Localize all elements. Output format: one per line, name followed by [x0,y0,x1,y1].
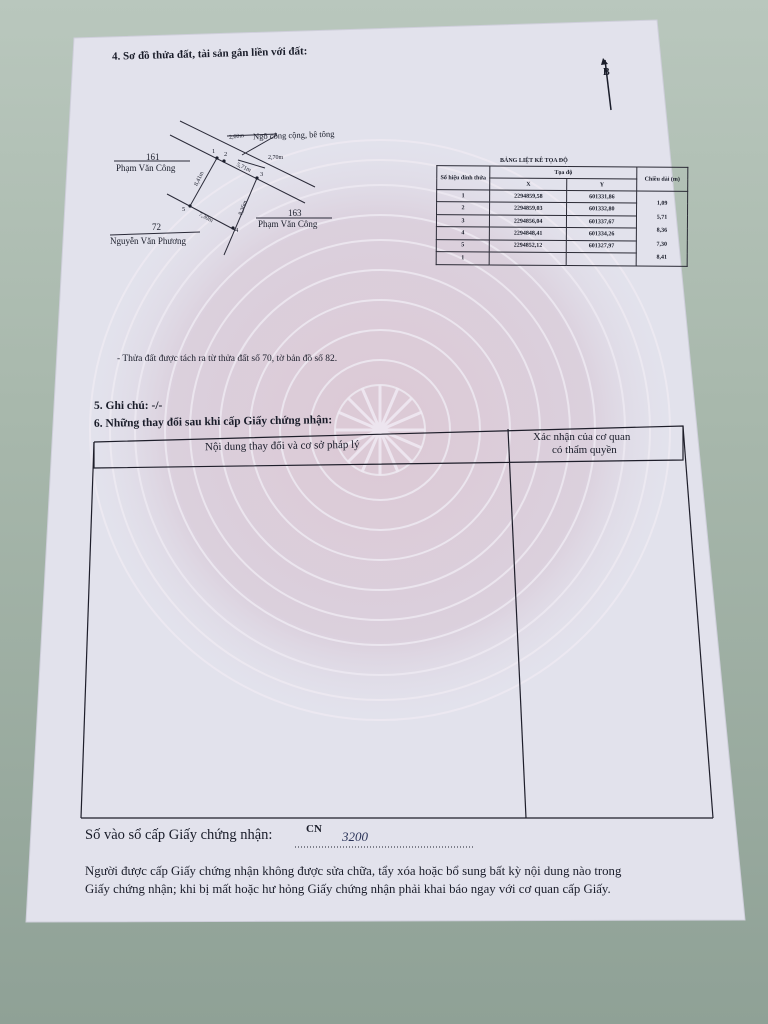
header-point: Số hiệu đỉnh thửa [437,166,490,190]
header-y: Y [567,179,637,191]
header-length: Chiều dài (m) [637,167,688,191]
notice-line-1: Người được cấp Giấy chứng nhận không đượ… [85,864,621,879]
point-label-3: 3 [260,171,263,178]
point-label-5: 5 [182,206,185,213]
point-label-4: 4 [235,227,238,234]
registry-label: Số vào sổ cấp Giấy chứng nhận: [85,827,272,844]
lengths-cell: 1,09 5,71 8,36 7,30 8,41 [636,191,688,266]
changes-col-approval-header-1: Xác nhận của cơ quan [533,431,630,443]
neighbor-163-parcel: 163 [288,208,302,218]
edge-label-top-2: 2,70m [268,155,283,161]
neighbor-72-owner: Nguyễn Văn Phương [110,236,186,246]
parcel-origin-note: - Thửa đất được tách ra từ thửa đất số 7… [117,354,337,364]
point-label-1: 1 [212,148,215,155]
changes-col-approval-header-2: có thẩm quyền [552,444,617,456]
neighbor-161-owner: Phạm Văn Công [116,163,175,173]
neighbor-163-owner: Phạm Văn Công [258,219,317,229]
registry-prefix: CN [306,823,322,835]
changes-col-content-header: Nội dung thay đổi và cơ sở pháp lý [205,439,360,453]
document-photo: 4. Sơ đồ thửa đất, tài sản gắn liền với … [0,0,768,1024]
point-label-2: 2 [224,151,227,158]
coordinate-table-title: BẢNG LIỆT KÊ TỌA ĐỘ [500,158,568,164]
neighbor-72-parcel: 72 [152,222,161,232]
header-x: X [490,178,568,191]
neighbor-161-parcel: 161 [146,152,160,162]
registry-number-handwritten: 3200 [342,829,368,845]
header-coord: Tọa độ [490,166,637,179]
notice-line-2: Giấy chứng nhận; khi bị mất hoặc hư hỏng… [85,882,611,897]
north-label: B [603,67,610,78]
section-5-title: 5. Ghi chú: -/- [94,400,162,412]
coordinate-table: Số hiệu đỉnh thửa Tọa độ Chiều dài (m) X… [436,165,689,266]
